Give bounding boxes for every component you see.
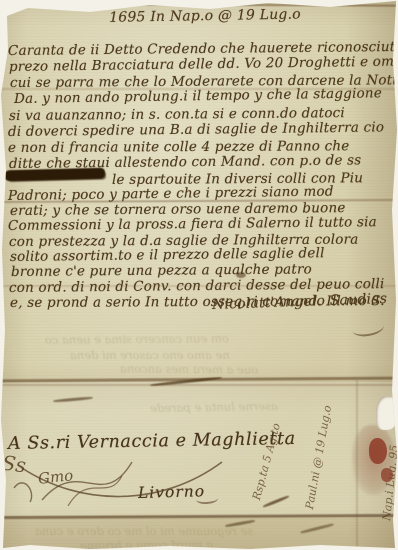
ink-smudge [225, 519, 255, 527]
ink-blot-strikethrough [5, 168, 105, 182]
scanned-letter-photo: 1695 In Nap.o @ 19 Lug.o Caranta de ii D… [0, 0, 398, 550]
ink-smudge [150, 376, 222, 387]
fold-crease [0, 377, 398, 382]
showthrough-text: se regouame mi ol me co dero e cuna [35, 524, 253, 538]
docket-note: Paul.ni @ 19 Lug.o [303, 404, 334, 510]
letter-paper: 1695 In Nap.o @ 19 Lug.o Caranta de ii D… [0, 0, 398, 550]
docket-note: Nap.i Lug. 95 [380, 444, 398, 521]
showthrough-text: om eun cancero sima e uena co [45, 331, 229, 347]
fold-band-bottom [0, 518, 398, 550]
ink-smudge [262, 495, 289, 508]
pen-flourish-strokes [10, 448, 240, 518]
showthrough-text: a murd comu e brunna [80, 537, 213, 550]
torn-paper-patch [376, 396, 398, 430]
signature-flourish [351, 317, 385, 338]
manuscript-line: di doverci spedire una B.a di saglie de … [8, 119, 384, 140]
showthrough-text: oue a mera mes ancona [120, 361, 258, 376]
showthrough-text: ne amo eno casore mi dena [70, 348, 230, 362]
showthrough-text: aserne lunta e parede [150, 399, 278, 415]
ink-smudge [300, 523, 334, 534]
ink-smudge [53, 396, 93, 402]
fold-crease [0, 384, 398, 386]
wax-seal-fragment [369, 438, 387, 464]
fold-crease [356, 380, 358, 550]
date-line: 1695 In Nap.o @ 19 Lug.o [100, 6, 310, 26]
